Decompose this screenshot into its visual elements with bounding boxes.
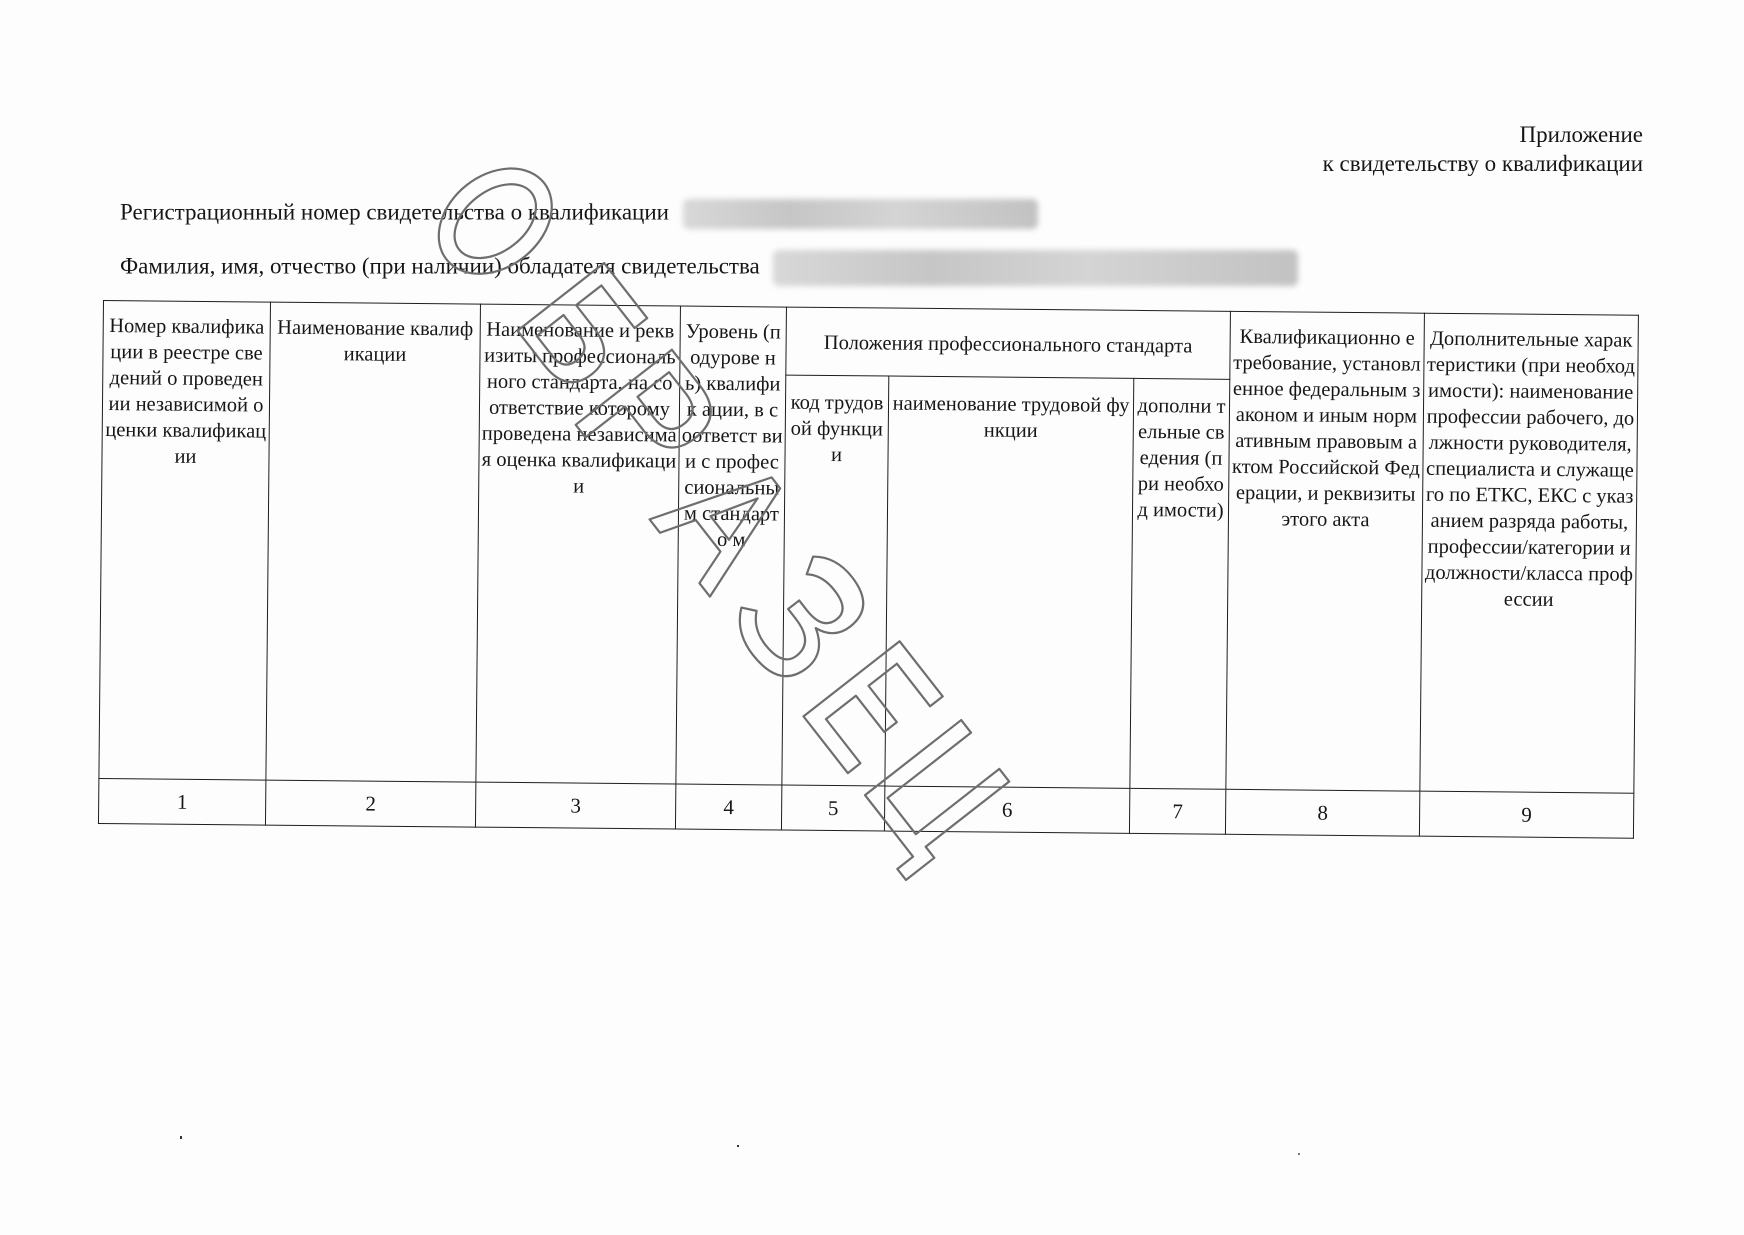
holder-name-line: Фамилия, имя, отчество (при наличии) обл… bbox=[120, 250, 1298, 286]
column-number: 5 bbox=[781, 785, 884, 831]
subcol-header-function-code: код трудовой функции bbox=[782, 375, 889, 786]
col-header-level: Уровень (подурове нь) квалифик ации, в с… bbox=[676, 306, 787, 785]
col-header-prof-standard: Наименование и реквизиты профессионально… bbox=[476, 304, 681, 784]
column-number: 7 bbox=[1129, 788, 1225, 834]
registration-number-line: Регистрационный номер свидетельства о кв… bbox=[120, 199, 1038, 229]
column-number: 3 bbox=[475, 782, 675, 829]
scan-speck bbox=[737, 1145, 739, 1147]
col-header-registry-number: Номер квалификации в реестре сведений о … bbox=[99, 301, 271, 781]
column-number: 4 bbox=[675, 784, 781, 830]
column-number: 9 bbox=[1419, 791, 1633, 838]
col-header-additional-characteristics: Дополнительные характеристики (при необх… bbox=[1420, 313, 1639, 793]
col-header-qualification-name: Наименование квалификации bbox=[266, 302, 481, 782]
registration-number-redacted bbox=[683, 199, 1038, 229]
column-number: 2 bbox=[265, 780, 475, 827]
scan-speck bbox=[180, 1136, 182, 1139]
column-number: 8 bbox=[1225, 789, 1419, 836]
subcol-header-function-name: наименование трудовой функции bbox=[885, 376, 1134, 788]
col-group-header-prof-standard-provisions: Положения профессионального стандарта bbox=[786, 307, 1231, 379]
qualification-table: Номер квалификации в реестре сведений о … bbox=[98, 300, 1639, 839]
col-header-qualification-requirement: Квалификационно е требование, установлен… bbox=[1226, 311, 1425, 791]
holder-name-label: Фамилия, имя, отчество (при наличии) обл… bbox=[120, 253, 760, 278]
registration-number-label: Регистрационный номер свидетельства о кв… bbox=[120, 199, 669, 224]
subcol-header-additional-info: дополни тельные сведения (при необход им… bbox=[1130, 378, 1230, 789]
scan-speck bbox=[1298, 1153, 1300, 1155]
column-number: 1 bbox=[98, 778, 265, 825]
qualification-table-wrapper: Номер квалификации в реестре сведений о … bbox=[98, 300, 1638, 839]
appendix-subtitle: к свидетельству о квалификации bbox=[1323, 149, 1643, 178]
holder-name-redacted bbox=[773, 250, 1298, 286]
appendix-heading: Приложение к свидетельству о квалификаци… bbox=[1323, 120, 1643, 178]
column-number: 6 bbox=[884, 786, 1129, 833]
document-page: Приложение к свидетельству о квалификаци… bbox=[0, 0, 1744, 1235]
appendix-title: Приложение bbox=[1323, 120, 1643, 149]
